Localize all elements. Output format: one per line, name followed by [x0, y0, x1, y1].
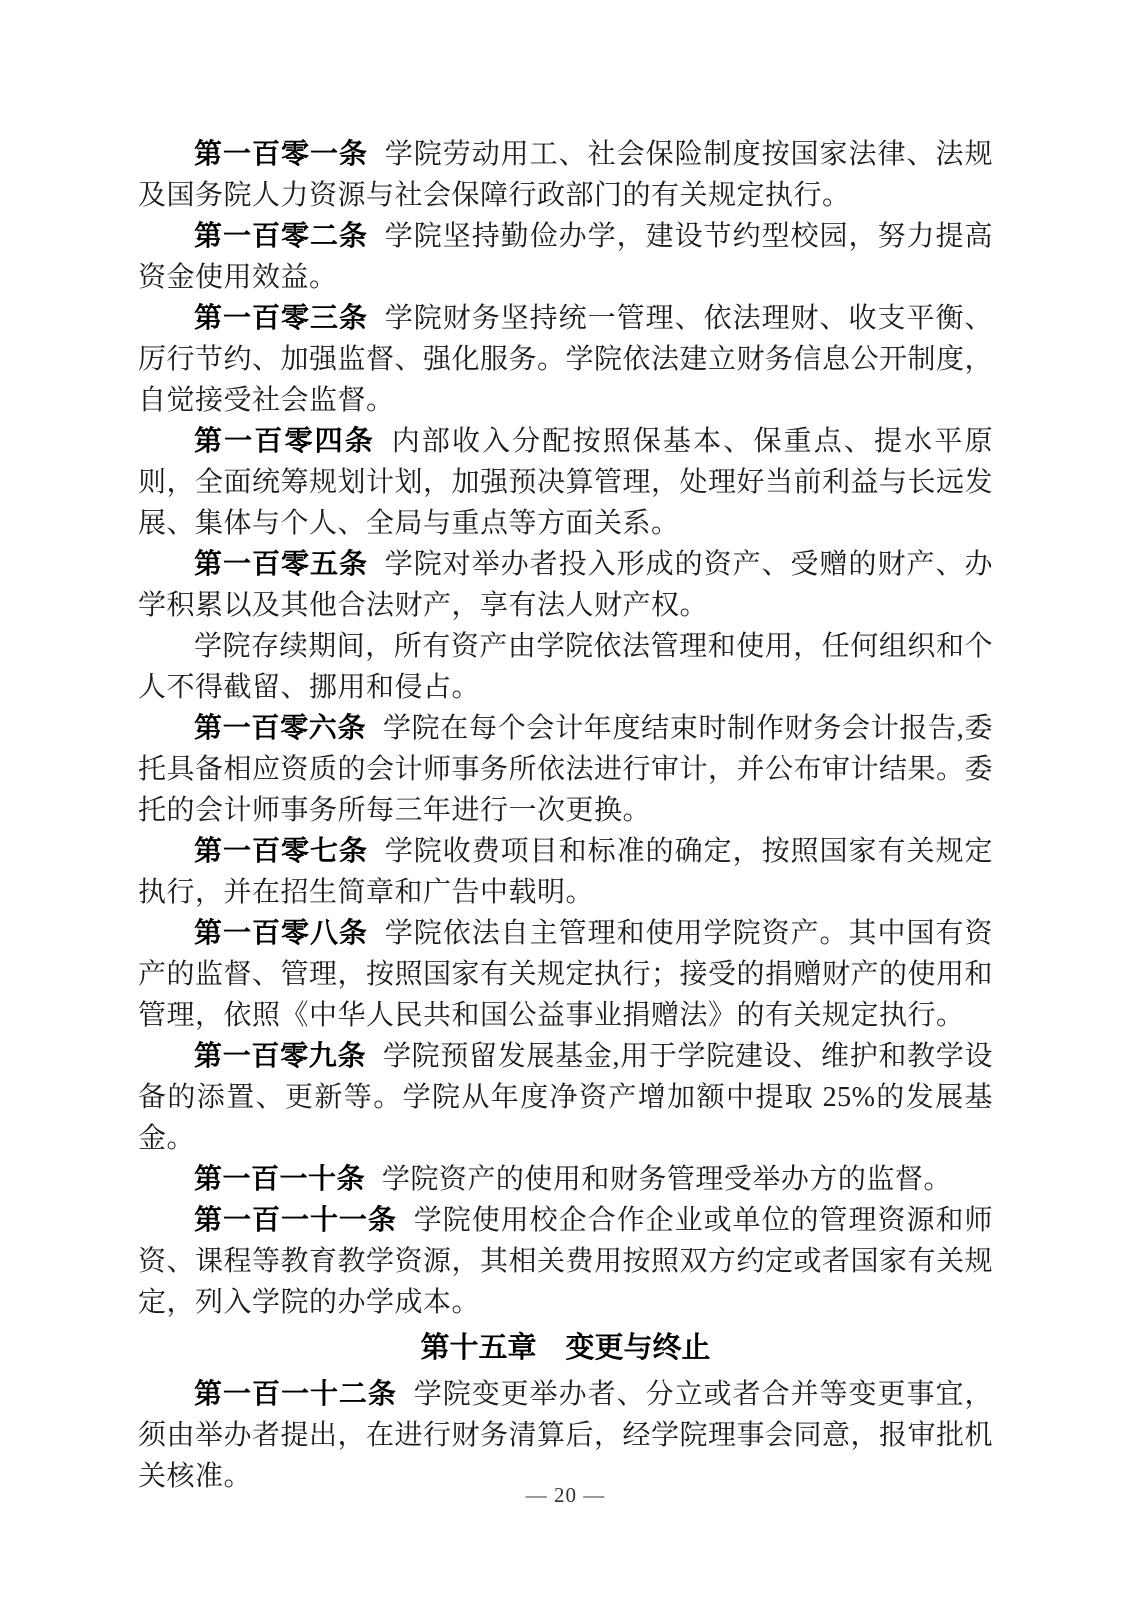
- article-106-paragraph: 第一百零六条学院在每个会计年度结束时制作财务会计报告,委托具备相应资质的会计师事…: [138, 708, 993, 831]
- page-number: — 20 —: [526, 1483, 606, 1507]
- article-108-number: 第一百零八条: [194, 918, 368, 949]
- article-105-number: 第一百零五条: [194, 549, 368, 580]
- article-110-number: 第一百一十条: [194, 1164, 365, 1195]
- chapter-15-heading: 第十五章 变更与终止: [138, 1328, 993, 1369]
- article-108-paragraph: 第一百零八条学院依法自主管理和使用学院资产。其中国有资产的监督、管理，按照国家有…: [138, 913, 993, 1036]
- article-105-paragraph: 第一百零五条学院对举办者投入形成的资产、受赠的财产、办学积累以及其他合法财产，享…: [138, 544, 993, 626]
- article-109-paragraph: 第一百零九条学院预留发展基金,用于学院建设、维护和教学设备的添置、更新等。学院从…: [138, 1036, 993, 1159]
- document-page: { "colors": { "background": "#ffffff", "…: [0, 0, 1131, 1600]
- article-111-paragraph: 第一百一十一条学院使用校企合作企业或单位的管理资源和师资、课程等教育教学资源，其…: [138, 1200, 993, 1323]
- document-body: 第一百零一条学院劳动用工、社会保险制度按国家法律、法规及国务院人力资源与社会保障…: [0, 0, 1131, 1497]
- article-102-number: 第一百零二条: [194, 221, 368, 252]
- page-footer: — 20 —: [0, 1483, 1131, 1508]
- article-107-number: 第一百零七条: [194, 836, 368, 867]
- article-107-paragraph: 第一百零七条学院收费项目和标准的确定，按照国家有关规定执行，并在招生简章和广告中…: [138, 831, 993, 913]
- article-101-paragraph: 第一百零一条学院劳动用工、社会保险制度按国家法律、法规及国务院人力资源与社会保障…: [138, 134, 993, 216]
- article-102-paragraph: 第一百零二条学院坚持勤俭办学，建设节约型校园，努力提高资金使用效益。: [138, 216, 993, 298]
- article-105-continuation-paragraph: 学院存续期间，所有资产由学院依法管理和使用，任何组织和个人不得截留、挪用和侵占。: [138, 626, 993, 708]
- article-110-paragraph: 第一百一十条学院资产的使用和财务管理受举办方的监督。: [138, 1159, 993, 1200]
- article-103-paragraph: 第一百零三条学院财务坚持统一管理、依法理财、收支平衡、厉行节约、加强监督、强化服…: [138, 298, 993, 421]
- article-111-number: 第一百一十一条: [194, 1205, 397, 1236]
- article-109-number: 第一百零九条: [194, 1041, 366, 1072]
- article-105-continuation-text: 学院存续期间，所有资产由学院依法管理和使用，任何组织和个人不得截留、挪用和侵占。: [138, 631, 993, 703]
- article-112-number: 第一百一十二条: [194, 1379, 397, 1410]
- article-106-number: 第一百零六条: [194, 713, 366, 744]
- article-104-paragraph: 第一百零四条内部收入分配按照保基本、保重点、提水平原则，全面统筹规划计划，加强预…: [138, 421, 993, 544]
- article-110-text: 学院资产的使用和财务管理受举办方的监督。: [382, 1164, 952, 1195]
- article-103-number: 第一百零三条: [194, 303, 368, 334]
- article-104-number: 第一百零四条: [194, 426, 375, 457]
- article-112-paragraph: 第一百一十二条学院变更举办者、分立或者合并等变更事宜，须由举办者提出，在进行财务…: [138, 1374, 993, 1497]
- article-101-number: 第一百零一条: [194, 139, 368, 170]
